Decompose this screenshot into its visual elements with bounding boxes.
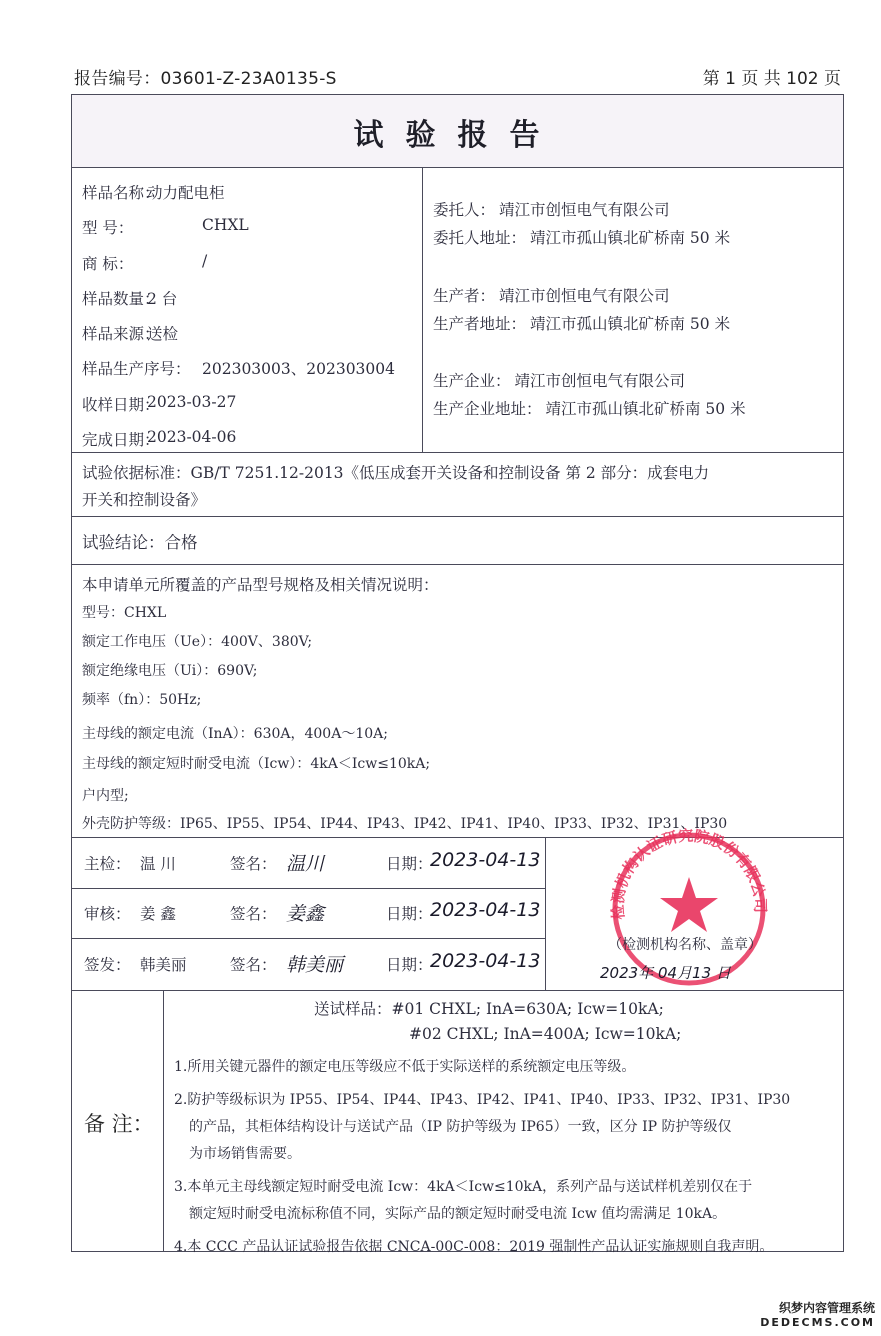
party-label: 生产企业地址：	[433, 397, 542, 419]
handwritten-signature: 温川	[286, 849, 324, 876]
signatory-name: 姜 鑫	[140, 902, 176, 924]
party-label: 委托人地址：	[433, 226, 526, 248]
test-standard-line1: 试验依据标准：GB/T 7251.12-2013《低压成套开关设备和控制设备 第…	[82, 461, 709, 483]
party-value: 靖江市创恒电气有限公司	[499, 198, 670, 220]
handwritten-signature: 韩美丽	[286, 950, 343, 977]
signature-role: 主检：	[84, 852, 131, 874]
coverage-item: 型号：CHXL	[82, 602, 166, 622]
test-conclusion: 试验结论：合格	[82, 529, 198, 553]
party-label: 委托人：	[433, 198, 495, 220]
divider	[422, 167, 423, 452]
handwritten-date: 2023-04-13	[430, 950, 540, 972]
divider	[71, 516, 844, 517]
sample-info-label: 商 标：	[82, 252, 133, 274]
sample-info-label: 样品生产序号：	[82, 357, 191, 379]
coverage-item: 频率（fn）：50Hz;	[82, 689, 201, 709]
divider	[71, 167, 844, 168]
party-value: 靖江市创恒电气有限公司	[499, 284, 670, 306]
sign-label: 签名：	[230, 852, 277, 874]
party-value: 靖江市孤山镇北矿桥南 50 米	[530, 312, 730, 334]
sample-info-value: /	[202, 252, 207, 270]
sign-label: 签名：	[230, 902, 277, 924]
remark-line: 2.防护等级标识为 IP55、IP54、IP44、IP43、IP42、IP41、…	[174, 1089, 790, 1109]
sample-info-label: 型 号：	[82, 216, 133, 238]
coverage-item: 主母线的额定电流（InA）：630A，400A～10A;	[82, 723, 388, 743]
sample-line-1: 送试样品：#01 CHXL; InA=630A; Icw=10kA;	[314, 997, 664, 1019]
coverage-heading: 本申请单元所覆盖的产品型号规格及相关情况说明：	[82, 573, 439, 595]
coverage-item: 主母线的额定短时耐受电流（Icw）：4kA＜Icw≤10kA;	[82, 753, 430, 773]
page-info: 第 1 页 共 102 页	[703, 64, 841, 89]
coverage-item: 额定工作电压（Ue）：400V、380V;	[82, 631, 312, 651]
signature-role: 审核：	[84, 902, 131, 924]
party-value: 靖江市孤山镇北矿桥南 50 米	[546, 397, 746, 419]
remark-line: 3.本单元主母线额定短时耐受电流 Icw：4kA＜Icw≤10kA，系列产品与送…	[174, 1176, 752, 1196]
sample-info-value: 2023-04-06	[147, 428, 236, 446]
handwritten-date: 2023-04-13	[430, 899, 540, 921]
handwritten-signature: 姜鑫	[286, 899, 324, 926]
divider	[71, 990, 844, 991]
coverage-item: 外壳防护等级：IP65、IP55、IP54、IP44、IP43、IP42、IP4…	[82, 813, 727, 833]
stamp-date: 2023年 04月13 日	[600, 962, 731, 983]
remark-line: 为市场销售需要。	[189, 1143, 301, 1163]
divider	[71, 938, 545, 939]
sign-label: 签名：	[230, 953, 277, 975]
remark-line: 1.所用关键元器件的额定电压等级应不低于实际送样的系统额定电压等级。	[174, 1056, 635, 1076]
divider	[71, 888, 545, 889]
date-label: 日期：	[386, 953, 433, 975]
remark-line: 4.本 CCC 产品认证试验报告依据 CNCA-00C-008：2019 强制性…	[174, 1236, 773, 1256]
divider	[71, 452, 844, 453]
stamp-caption: （检测机构名称、盖章）	[608, 934, 762, 954]
party-label: 生产者地址：	[433, 312, 526, 334]
coverage-item: 额定绝缘电压（Ui）：690V;	[82, 660, 257, 680]
sample-info-value: 送检	[147, 322, 178, 344]
remark-line: 的产品，其柜体结构设计与送试产品（IP 防护等级为 IP65）一致，区分 IP …	[189, 1116, 731, 1136]
date-label: 日期：	[386, 852, 433, 874]
party-value: 靖江市创恒电气有限公司	[515, 369, 686, 391]
signatory-name: 韩美丽	[140, 953, 187, 975]
sample-info-value: 2023-03-27	[147, 393, 236, 411]
watermark: 织梦内容管理系统 DEDECMS.COM	[760, 1299, 875, 1329]
divider	[71, 564, 844, 565]
handwritten-date: 2023-04-13	[430, 849, 540, 871]
party-label: 生产者：	[433, 284, 495, 306]
signatory-name: 温 川	[140, 852, 176, 874]
coverage-item: 户内型;	[82, 785, 129, 805]
test-standard-line2: 开关和控制设备》	[82, 488, 206, 510]
divider	[163, 990, 164, 1252]
party-value: 靖江市孤山镇北矿桥南 50 米	[530, 226, 730, 248]
sample-info-value: 2 台	[147, 287, 177, 309]
remarks-label: 备 注：	[84, 1108, 154, 1138]
report-number: 报告编号：03601-Z-23A0135-S	[74, 64, 337, 89]
sample-info-value: CHXL	[202, 216, 249, 234]
party-label: 生产企业：	[433, 369, 511, 391]
remark-line: 额定短时耐受电流标称值不同，实际产品的额定短时耐受电流 Icw 值均需满足 10…	[189, 1203, 726, 1223]
signature-role: 签发：	[84, 953, 131, 975]
watermark-line2: DEDECMS.COM	[760, 1316, 875, 1329]
divider	[545, 837, 546, 990]
sample-line-2: #02 CHXL; InA=400A; Icw=10kA;	[409, 1025, 681, 1043]
sample-info-value: 202303003、202303004	[202, 357, 395, 379]
sample-info-value: 动力配电柜	[147, 181, 225, 203]
date-label: 日期：	[386, 902, 433, 924]
watermark-line1: 织梦内容管理系统	[760, 1299, 875, 1316]
document-title: 试验报告	[72, 110, 843, 154]
